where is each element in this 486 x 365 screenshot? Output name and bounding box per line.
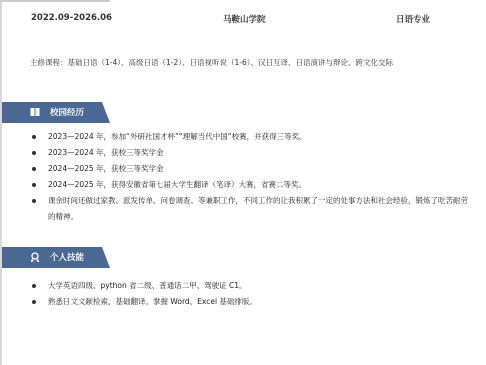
page-left-border: [0, 0, 2, 365]
section-title-campus: 校园经历: [50, 106, 84, 118]
bullet-icon: [32, 300, 36, 304]
list-item: 课余时间还做过家教、派发传单、问卷调查、等兼职工作，不同工作的让我积累了一定的处…: [30, 193, 470, 225]
campus-list: 2023—2024 年，参加“外研社国才杯”“理解当代中国”校赛，并获得三等奖。…: [30, 129, 470, 225]
list-item: 大学英语四级、python 省二级、普通话二甲、驾驶证 C1。: [30, 278, 470, 294]
list-item: 2024—2025 年，获得安徽省第七届大学生翻译（笔译）大赛，省赛二等奖。: [30, 177, 470, 193]
skills-list: 大学英语四级、python 省二级、普通话二甲、驾驶证 C1。 熟悉日文文献检索…: [30, 278, 470, 310]
list-item: 2023—2024 年，获校三等奖学金: [30, 145, 470, 161]
bullet-icon: [32, 284, 36, 288]
book-icon: [30, 107, 40, 117]
bullet-icon: [32, 183, 36, 187]
list-item: 熟悉日文文献检索，基础翻译。掌握 Word、Excel 基础排版。: [30, 294, 470, 310]
education-period: 2022.09-2026.06: [31, 13, 112, 23]
section-header-campus: 校园经历: [2, 102, 110, 123]
education-row: 2022.09-2026.06 马鞍山学院 日语专业: [0, 13, 486, 27]
bullet-icon: [32, 151, 36, 155]
education-courses: 主修课程：基础日语（1-4）、高级日语（1-2）、日语视听说（1-6）、汉日互译…: [30, 55, 460, 71]
list-item: 2023—2024 年，参加“外研社国才杯”“理解当代中国”校赛，并获得三等奖。: [30, 129, 470, 145]
bullet-icon: [32, 199, 36, 203]
list-item: 2024—2025 年，获校三等奖学金: [30, 161, 470, 177]
bullet-icon: [32, 167, 36, 171]
section-header-skills: 个人技能: [2, 247, 110, 268]
bullet-icon: [32, 135, 36, 139]
page-top-divider: [0, 0, 110, 2]
education-major: 日语专业: [396, 13, 430, 25]
section-title-skills: 个人技能: [50, 251, 84, 263]
education-school: 马鞍山学院: [223, 13, 266, 25]
award-icon: [30, 252, 40, 262]
